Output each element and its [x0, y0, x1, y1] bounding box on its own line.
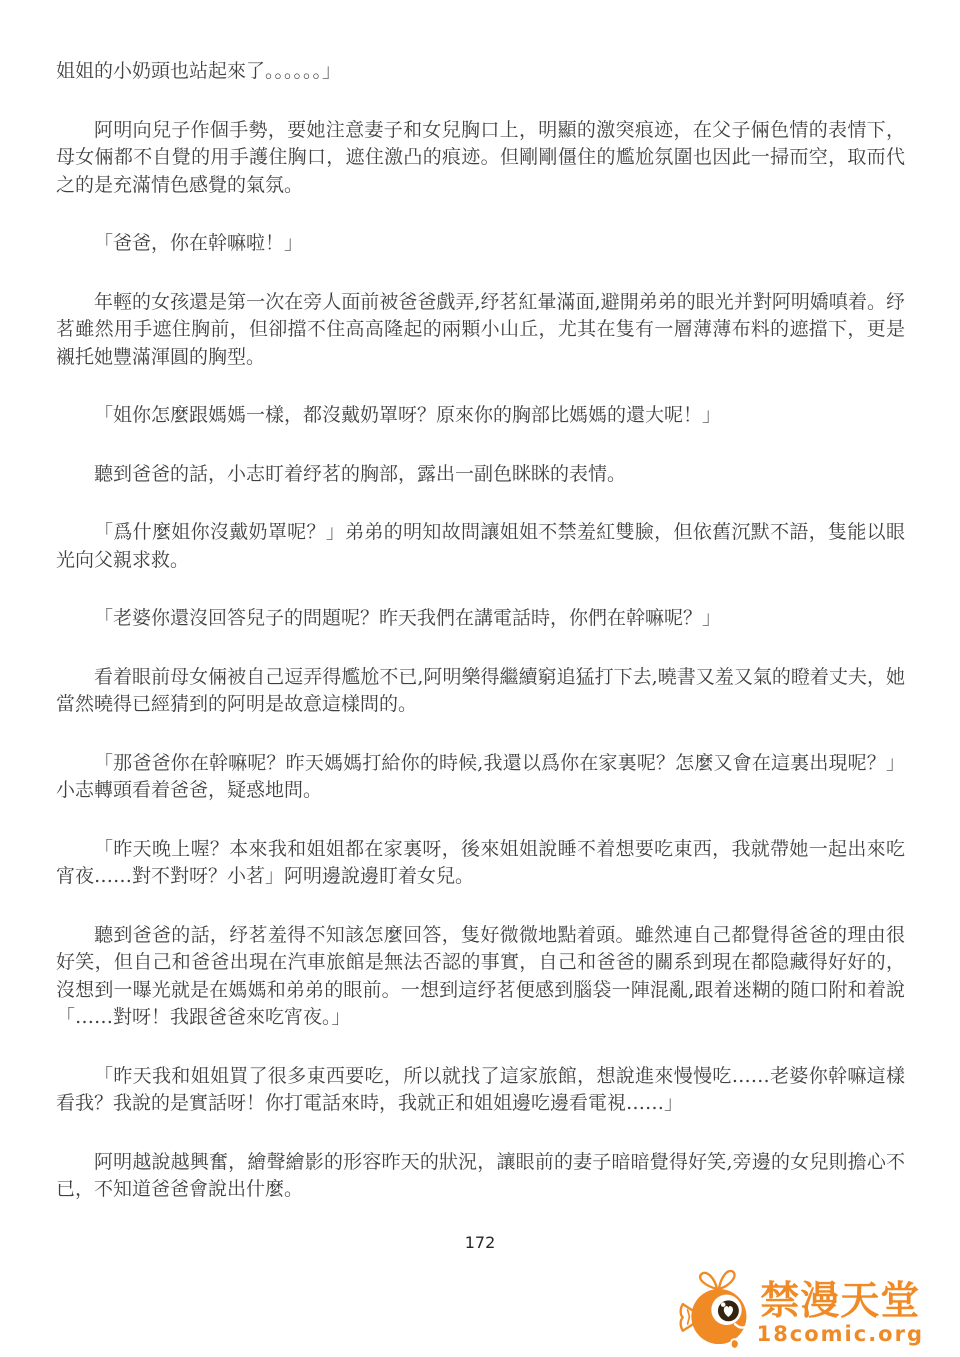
paragraph-9: 看着眼前母女倆被自己逗弄得尷尬不已,阿明樂得繼續窮追猛打下去,曉書又羞又氣的瞪着…	[56, 664, 905, 719]
whale-mascot-icon	[679, 1259, 755, 1355]
paragraph-4: 年輕的女孩還是第一次在旁人面前被爸爸戲弄,纾茗紅暈滿面,避開弟弟的眼光并對阿明嬌…	[56, 289, 905, 372]
paragraph-13: 「昨天我和姐姐買了很多東西要吃，所以就找了這家旅館，想說進來慢慢吃……老婆你幹嘛…	[56, 1063, 905, 1118]
paragraph-10: 「那爸爸你在幹嘛呢？昨天媽媽打給你的時候,我還以爲你在家裏呢？怎麼又會在這裏出現…	[56, 750, 905, 805]
paragraph-14: 阿明越說越興奮，繪聲繪影的形容昨天的狀況，讓眼前的妻子暗暗覺得好笑,旁邊的女兒則…	[56, 1149, 905, 1204]
page-number: 172	[0, 1233, 960, 1252]
paragraph-11: 「昨天晚上喔？本來我和姐姐都在家裏呀，後來姐姐說睡不着想要吃東西，我就帶她一起出…	[56, 836, 905, 891]
paragraph-7: 「爲什麼姐你沒戴奶罩呢？」弟弟的明知故問讓姐姐不禁羞紅雙臉，但依舊沉默不語，隻能…	[56, 519, 905, 574]
paragraph-3: 「爸爸，你在幹嘛啦！」	[56, 230, 905, 258]
paragraph-1: 姐姐的小奶頭也站起來了。。。。。。」	[56, 58, 905, 86]
paragraph-12: 聽到爸爸的話，纾茗羞得不知該怎麼回答，隻好微微地點着頭。雖然連自己都覺得爸爸的理…	[56, 922, 905, 1032]
watermark-text: 禁漫天堂 18comic.org	[757, 1282, 924, 1345]
document-page: 姐姐的小奶頭也站起來了。。。。。。」 阿明向兒子作個手勢，要她注意妻子和女兒胸口…	[0, 0, 960, 1357]
watermark-site-url: 18comic.org	[757, 1324, 924, 1345]
watermark-site-name: 禁漫天堂	[760, 1282, 920, 1321]
page-text: 姐姐的小奶頭也站起來了。。。。。。」 阿明向兒子作個手勢，要她注意妻子和女兒胸口…	[56, 58, 905, 1204]
paragraph-2: 阿明向兒子作個手勢，要她注意妻子和女兒胸口上，明顯的激突痕迹，在父子倆色情的表情…	[56, 117, 905, 200]
watermark-logo: 禁漫天堂 18comic.org	[679, 1259, 924, 1353]
paragraph-6: 聽到爸爸的話，小志盯着纾茗的胸部，露出一副色眯眯的表情。	[56, 461, 905, 489]
paragraph-5: 「姐你怎麼跟媽媽一樣，都沒戴奶罩呀？原來你的胸部比媽媽的還大呢！」	[56, 402, 905, 430]
paragraph-8: 「老婆你還沒回答兒子的問題呢？昨天我們在講電話時，你們在幹嘛呢？」	[56, 605, 905, 633]
